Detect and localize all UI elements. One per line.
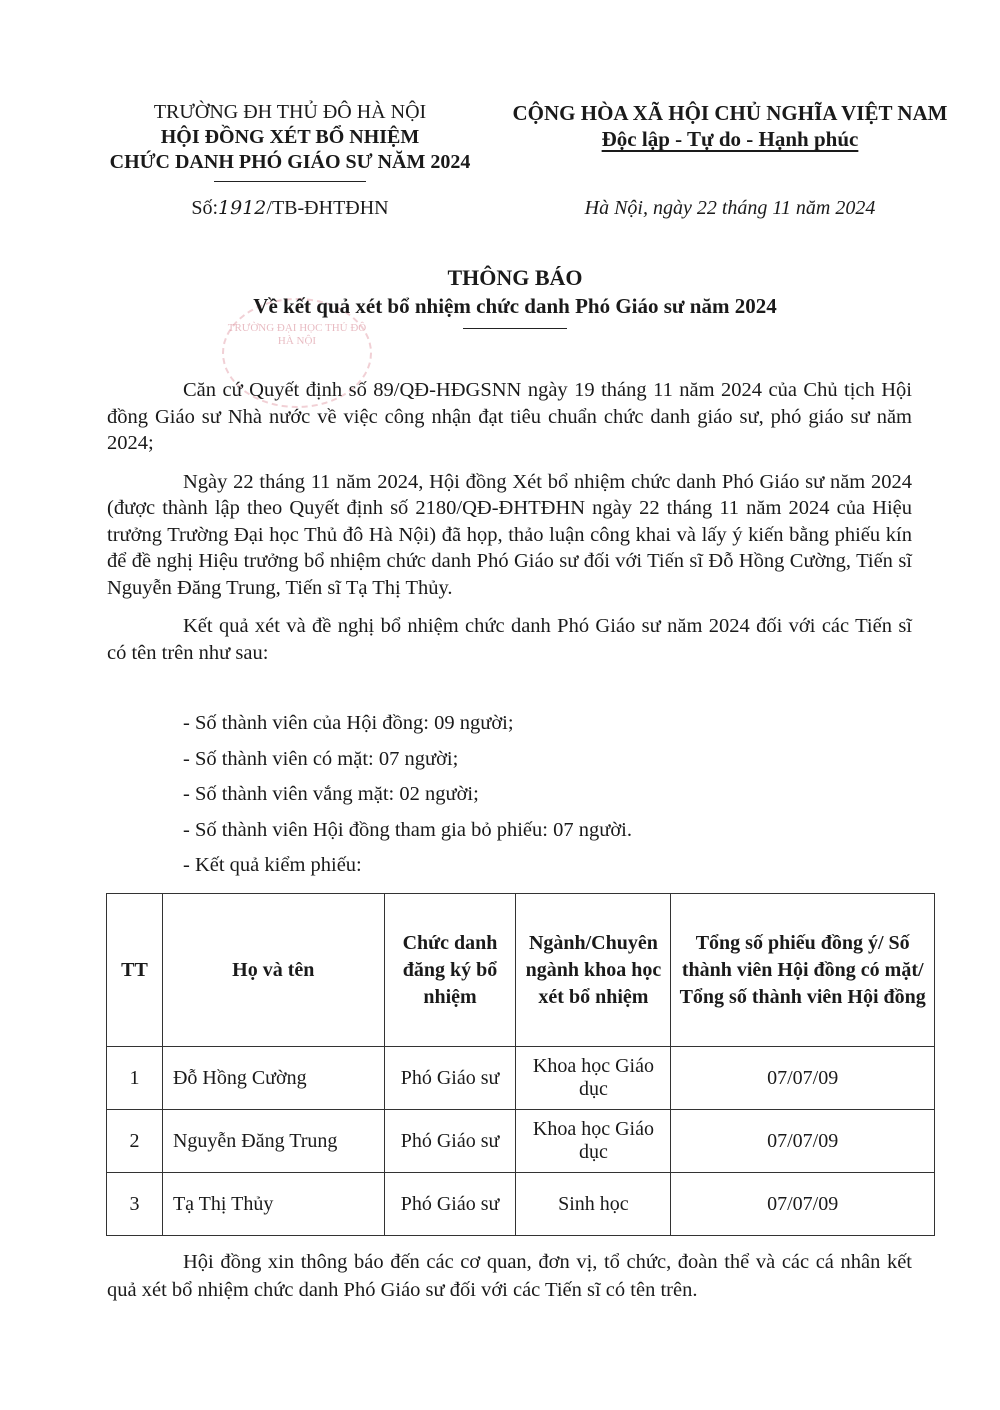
doc-number-handwritten: 1912 — [218, 197, 266, 219]
paragraph-results-intro: Kết quả xét và đề nghị bổ nhiệm chức dan… — [107, 613, 912, 666]
vote-results-table: TT Họ và tên Chức danh đăng ký bổ nhiệm … — [106, 893, 935, 1236]
university-name: TRƯỜNG ĐH THỦ ĐÔ HÀ NỘI — [95, 100, 485, 125]
cell-field: Sinh học — [516, 1173, 671, 1236]
title-subtitle: Về kết quả xét bổ nhiệm chức danh Phó Gi… — [100, 292, 930, 320]
document-number: Số:1912/TB-ĐHTĐHN — [95, 197, 485, 220]
body-paragraphs: Căn cứ Quyết định số 89/QĐ-HĐGSNN ngày 1… — [107, 377, 912, 678]
list-item: - Số thành viên của Hội đồng: 09 người; — [183, 710, 632, 746]
header-divider — [214, 181, 366, 182]
cell-field: Khoa học Giáo dục — [516, 1047, 671, 1110]
table-row: 2 Nguyễn Đăng Trung Phó Giáo sư Khoa học… — [107, 1110, 935, 1173]
cell-votes: 07/07/09 — [671, 1173, 935, 1236]
table-row: 3 Tạ Thị Thủy Phó Giáo sư Sinh học 07/07… — [107, 1173, 935, 1236]
cell-name: Đỗ Hồng Cường — [162, 1047, 384, 1110]
council-name-line2: CHỨC DANH PHÓ GIÁO SƯ NĂM 2024 — [95, 150, 485, 175]
cell-title: Phó Giáo sư — [384, 1047, 516, 1110]
header-title: Chức danh đăng ký bổ nhiệm — [384, 894, 516, 1047]
header-field: Ngành/Chuyên ngành khoa học xét bổ nhiệm — [516, 894, 671, 1047]
doc-number-prefix: Số: — [191, 197, 218, 219]
closing-text: Hội đồng xin thông báo đến các cơ quan, … — [107, 1248, 912, 1304]
table-row: 1 Đỗ Hồng Cường Phó Giáo sư Khoa học Giá… — [107, 1047, 935, 1110]
paragraph-meeting: Ngày 22 tháng 11 năm 2024, Hội đồng Xét … — [107, 469, 912, 602]
cell-name: Nguyễn Đăng Trung — [162, 1110, 384, 1173]
cell-title: Phó Giáo sư — [384, 1173, 516, 1236]
national-motto-header: CỘNG HÒA XÃ HỘI CHỦ NGHĨA VIỆT NAM Độc l… — [500, 100, 960, 152]
table-header-row: TT Họ và tên Chức danh đăng ký bổ nhiệm … — [107, 894, 935, 1047]
cell-tt: 2 — [107, 1110, 163, 1173]
cell-votes: 07/07/09 — [671, 1110, 935, 1173]
council-stats-list: - Số thành viên của Hội đồng: 09 người; … — [183, 710, 632, 888]
national-motto: Độc lập - Tự do - Hạnh phúc — [500, 126, 960, 152]
cell-name: Tạ Thị Thủy — [162, 1173, 384, 1236]
list-item: - Số thành viên vắng mặt: 02 người; — [183, 781, 632, 817]
cell-tt: 3 — [107, 1173, 163, 1236]
header-tt: TT — [107, 894, 163, 1047]
cell-tt: 1 — [107, 1047, 163, 1110]
header-full-name: Họ và tên — [162, 894, 384, 1047]
closing-paragraph: Hội đồng xin thông báo đến các cơ quan, … — [107, 1248, 912, 1304]
title-divider — [463, 328, 567, 329]
list-item: - Số thành viên Hội đồng tham gia bỏ phi… — [183, 817, 632, 853]
doc-number-suffix: /TB-ĐHTĐHN — [266, 197, 388, 219]
cell-title: Phó Giáo sư — [384, 1110, 516, 1173]
header-votes: Tổng số phiếu đồng ý/ Số thành viên Hội … — [671, 894, 935, 1047]
date-line: Hà Nội, ngày 22 tháng 11 năm 2024 — [500, 197, 960, 220]
issuing-body-header: TRƯỜNG ĐH THỦ ĐÔ HÀ NỘI HỘI ĐỒNG XÉT BỔ … — [95, 100, 485, 182]
country-name: CỘNG HÒA XÃ HỘI CHỦ NGHĨA VIỆT NAM — [500, 100, 960, 126]
cell-votes: 07/07/09 — [671, 1047, 935, 1110]
list-item: - Số thành viên có mặt: 07 người; — [183, 746, 632, 782]
title-main: THÔNG BÁO — [100, 264, 930, 292]
cell-field: Khoa học Giáo dục — [516, 1110, 671, 1173]
council-name-line1: HỘI ĐỒNG XÉT BỔ NHIỆM — [95, 125, 485, 150]
document-title: THÔNG BÁO Về kết quả xét bổ nhiệm chức d… — [100, 264, 930, 329]
paragraph-legal-basis: Căn cứ Quyết định số 89/QĐ-HĐGSNN ngày 1… — [107, 377, 912, 457]
list-item: - Kết quả kiểm phiếu: — [183, 852, 632, 888]
